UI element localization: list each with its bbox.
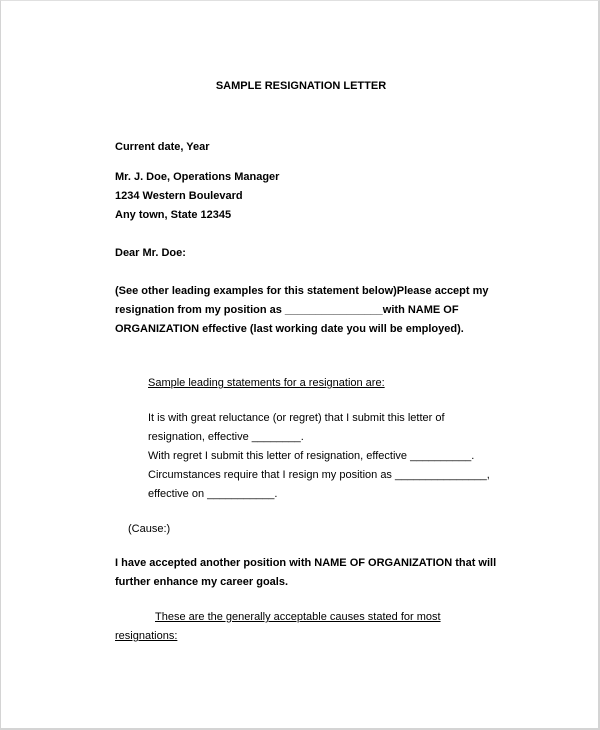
- sample-statement-line: Circumstances require that I resign my p…: [148, 468, 490, 482]
- date-line: Current date, Year: [115, 140, 210, 154]
- opening-line: (See other leading examples for this sta…: [115, 284, 489, 298]
- causes-heading-line: These are the generally acceptable cause…: [155, 610, 441, 624]
- document-title: SAMPLE RESIGNATION LETTER: [1, 79, 600, 93]
- cause-label: (Cause:): [128, 522, 170, 536]
- recipient-city-state-zip: Any town, State 12345: [115, 208, 231, 222]
- sample-statement-line: It is with great reluctance (or regret) …: [148, 411, 445, 425]
- sample-statement-line: effective on ___________.: [148, 487, 277, 501]
- salutation: Dear Mr. Doe:: [115, 246, 186, 260]
- opening-line: resignation from my position as ________…: [115, 303, 459, 317]
- cause-line: further enhance my career goals.: [115, 575, 288, 589]
- samples-heading: Sample leading statements for a resignat…: [148, 376, 385, 390]
- sample-statement-line: resignation, effective ________.: [148, 430, 304, 444]
- recipient-name-title: Mr. J. Doe, Operations Manager: [115, 170, 279, 184]
- opening-line: ORGANIZATION effective (last working dat…: [115, 322, 464, 336]
- causes-heading-line: resignations:: [115, 629, 177, 643]
- recipient-street: 1234 Western Boulevard: [115, 189, 243, 203]
- sample-statement-line: With regret I submit this letter of resi…: [148, 449, 474, 463]
- cause-line: I have accepted another position with NA…: [115, 556, 496, 570]
- document-page: SAMPLE RESIGNATION LETTER Current date, …: [0, 0, 600, 730]
